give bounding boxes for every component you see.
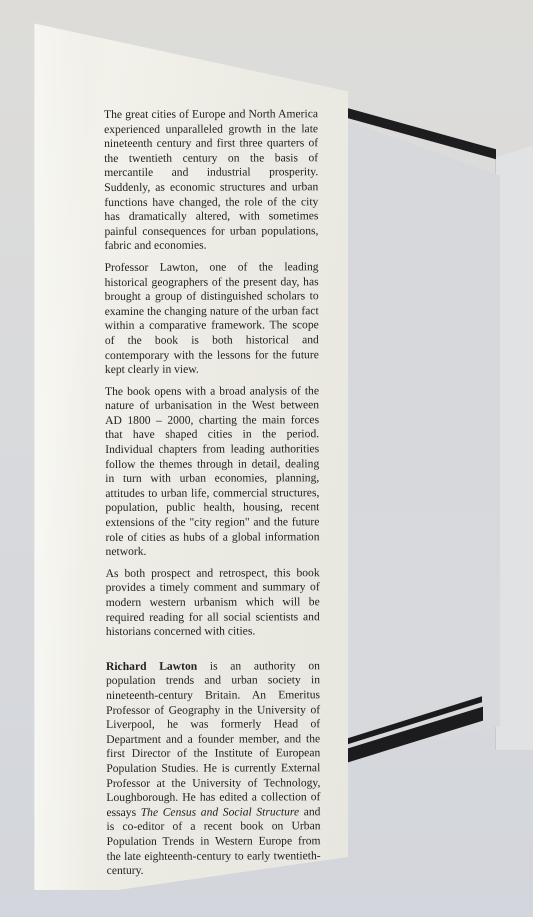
author-bio: Richard Lawton is an authority on popula… (106, 659, 321, 879)
author-name: Richard Lawton (106, 659, 197, 672)
blurb-paragraph: Professor Lawton, one of the leading his… (105, 260, 319, 377)
blurb-paragraph: The book opens with a broad analysis of … (105, 384, 320, 560)
bio-text: is an authority on population trends and… (106, 659, 320, 819)
photo-scene: The great cities of Europe and North Ame… (0, 0, 533, 917)
blurb-paragraph: The great cities of Europe and North Ame… (104, 107, 319, 254)
blurb-paragraph: As both prospect and retrospect, this bo… (106, 566, 320, 640)
book-endpaper (340, 118, 500, 758)
flap-text: The great cities of Europe and North Ame… (104, 107, 321, 885)
book-page-edge (495, 120, 533, 750)
book-title: The Census and Social Structure (141, 805, 299, 819)
